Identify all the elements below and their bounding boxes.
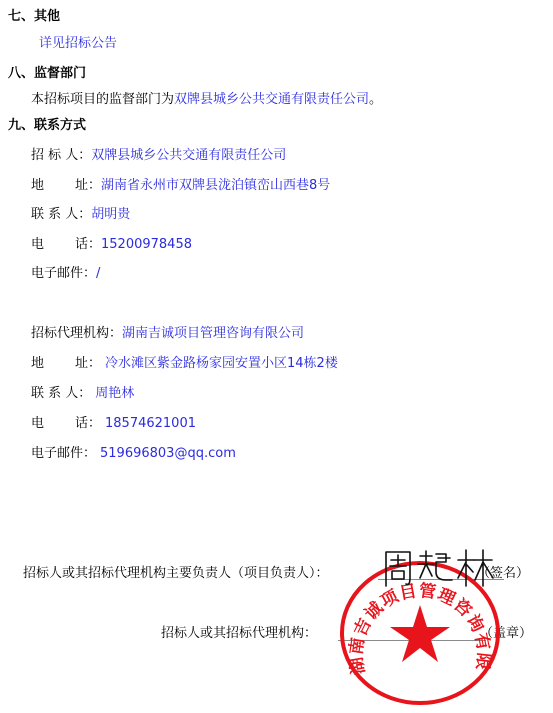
agency-phone-label-b: 话： — [75, 416, 101, 431]
agency-name-label: 招标代理机构： — [31, 326, 122, 341]
tenderer-email-label: 电子邮件： — [31, 266, 96, 281]
org-seal-label: 招标人或其招标代理机构： — [161, 626, 317, 642]
tenderer-address-label-a: 地 — [31, 178, 75, 194]
supervision-prefix: 本招标项目的监督部门为 — [31, 92, 174, 107]
responsible-person-label: 招标人或其招标代理机构主要负责人（项目负责人）： — [23, 566, 329, 582]
tenderer-name-row: 招 标 人：双牌县城乡公共交通有限责任公司 — [31, 148, 286, 164]
agency-email: 519696803@qq.com — [100, 446, 236, 461]
tenderer-address-label-b: 址： — [75, 178, 101, 193]
agency-address-label-b: 址： — [75, 356, 101, 371]
tenderer-address-row: 地址：湖南省永州市双牌县泷泊镇峦山西巷8号 — [31, 178, 330, 194]
tenderer-name-label: 招 标 人： — [31, 148, 91, 163]
agency-contact: 周艳林 — [95, 386, 134, 401]
agency-name-row: 招标代理机构：湖南吉诚项目管理咨询有限公司 — [31, 326, 304, 342]
handwritten-signature-icon — [380, 548, 495, 590]
tenderer-name: 双牌县城乡公共交通有限责任公司 — [91, 148, 286, 163]
tenderer-email-row: 电子邮件：/ — [31, 266, 100, 282]
agency-address-label-a: 地 — [31, 356, 75, 372]
tenderer-phone-label-b: 话： — [75, 237, 101, 252]
agency-email-row: 电子邮件：519696803@qq.com — [31, 446, 236, 462]
agency-address-row: 地址：冷水滩区紫金路杨家园安置小区14栋2楼 — [31, 356, 338, 372]
tenderer-email: / — [96, 266, 100, 281]
tenderer-phone: 15200978458 — [101, 237, 192, 252]
supervision-department: 双牌县城乡公共交通有限责任公司 — [174, 92, 369, 107]
agency-name: 湖南吉诚项目管理咨询有限公司 — [122, 326, 304, 341]
tenderer-phone-label-a: 电 — [31, 237, 75, 253]
section-heading-supervision: 八、监督部门 — [8, 66, 86, 82]
agency-phone-row: 电话：18574621001 — [31, 416, 196, 432]
supervision-sentence: 本招标项目的监督部门为双牌县城乡公共交通有限责任公司。 — [31, 92, 382, 108]
agency-contact-label: 联 系 人： — [31, 386, 91, 401]
agency-phone: 18574621001 — [105, 416, 196, 431]
agency-address: 冷水滩区紫金路杨家园安置小区14栋2楼 — [105, 356, 338, 371]
tenderer-contact-row: 联 系 人：胡明贵 — [31, 207, 130, 223]
tenderer-address: 湖南省永州市双牌县泷泊镇峦山西巷8号 — [101, 178, 330, 193]
section-heading-other: 七、其他 — [8, 9, 60, 25]
tenderer-phone-row: 电话：15200978458 — [31, 237, 192, 253]
supervision-suffix: 。 — [369, 92, 382, 107]
agency-phone-label-a: 电 — [31, 416, 75, 432]
agency-contact-row: 联 系 人：周艳林 — [31, 386, 134, 402]
section-heading-contact: 九、联系方式 — [8, 118, 86, 134]
tenderer-contact-label: 联 系 人： — [31, 207, 91, 222]
tenderer-contact: 胡明贵 — [91, 207, 130, 222]
other-content: 详见招标公告 — [39, 36, 117, 52]
agency-email-label: 电子邮件： — [31, 446, 96, 461]
